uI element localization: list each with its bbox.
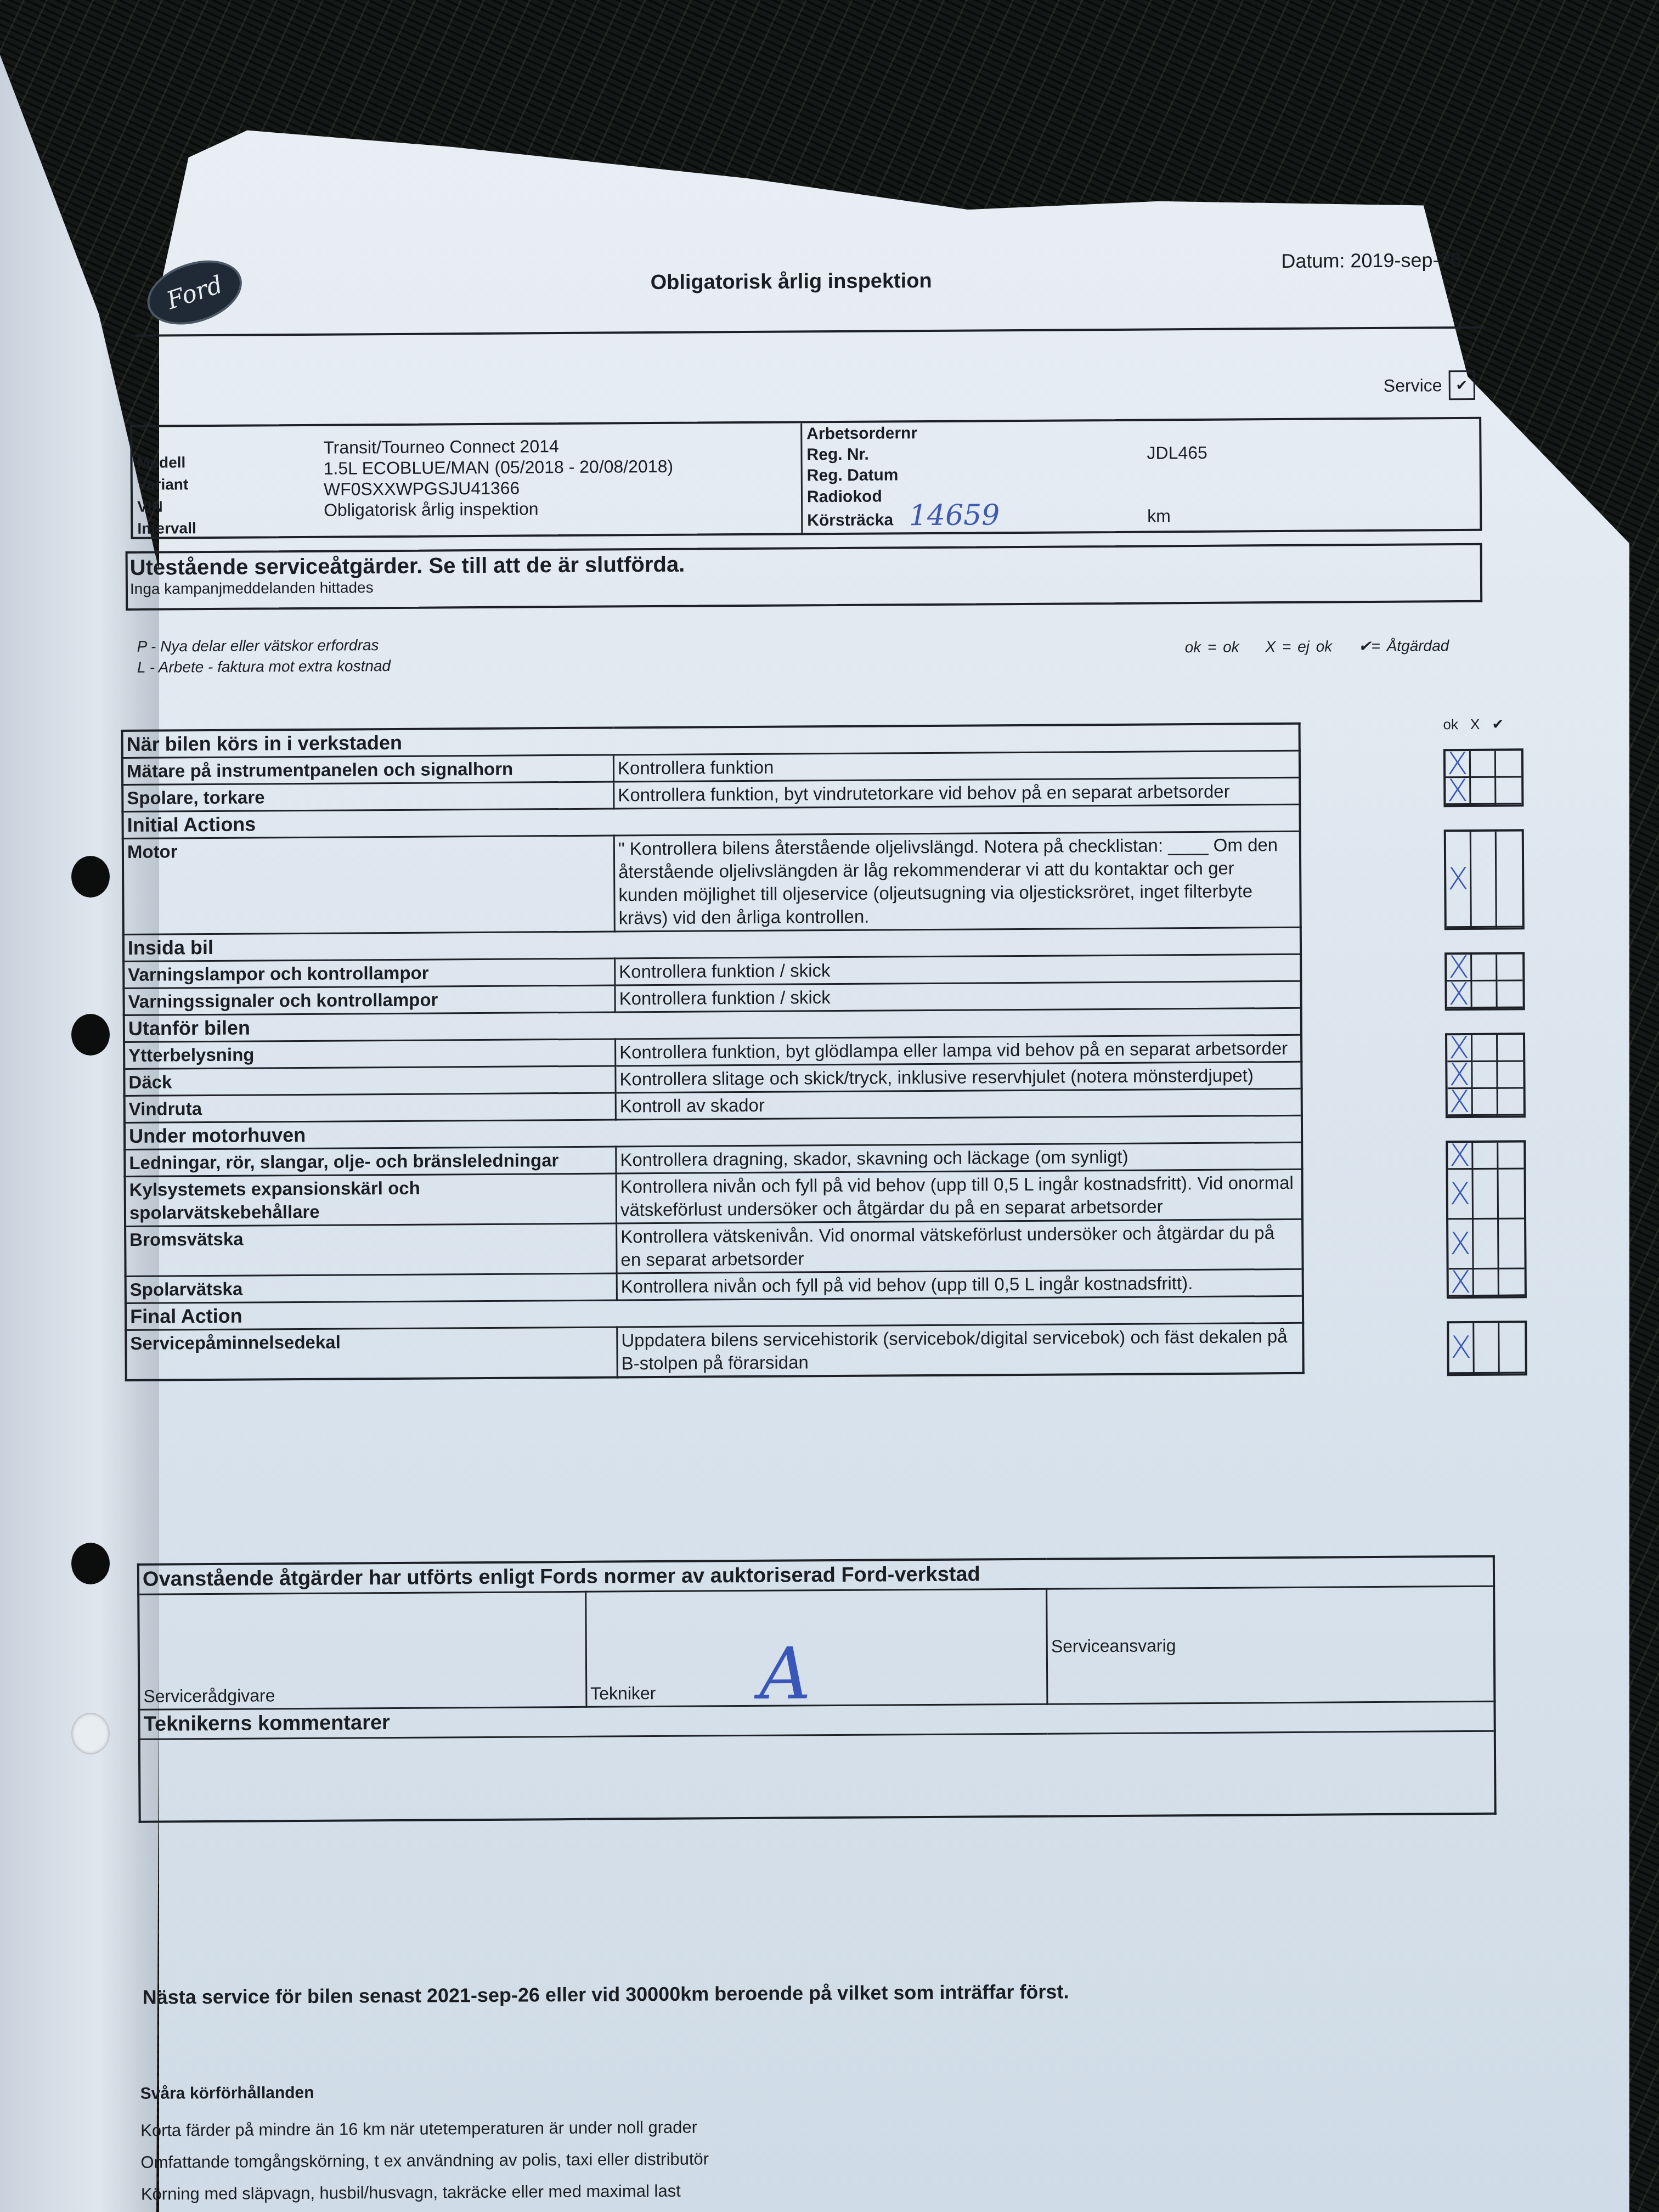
- checklist-action: Kontrollera funktion / skick: [615, 981, 1301, 1012]
- status-cell-done[interactable]: [1497, 831, 1522, 927]
- checklist-item: Ytterbelysning: [124, 1039, 616, 1069]
- status-cell-ok[interactable]: X: [1446, 832, 1472, 928]
- status-cell-done[interactable]: [1498, 1035, 1523, 1062]
- status-cell-x[interactable]: [1471, 751, 1496, 778]
- status-cell-x[interactable]: [1473, 1089, 1498, 1116]
- reg-date-label: Reg. Datum: [807, 464, 1147, 487]
- checklist-action: Kontrollera funktion, byt glödlampa elle…: [616, 1035, 1302, 1066]
- outstanding-actions-box: Utestående serviceåtgärder. Se till att …: [126, 543, 1483, 611]
- responsible-field[interactable]: Serviceansvarig: [1047, 1586, 1495, 1704]
- checklist-row: Motor" Kontrollera bilens återstående ol…: [123, 831, 1301, 934]
- comments-field[interactable]: [139, 1731, 1496, 1821]
- checklist-item: Vindruta: [125, 1093, 616, 1122]
- technician-signature: A: [759, 1632, 811, 1716]
- checklist-action: Kontrollera dragning, skador, skavning o…: [616, 1142, 1302, 1173]
- status-cell-ok[interactable]: X: [1449, 1323, 1475, 1374]
- status-checkbox-group: XXXX: [1446, 1140, 1527, 1299]
- status-checkbox-group: XX: [1443, 748, 1524, 807]
- variant-value: 1.5L ECOBLUE/MAN (05/2018 - 20/08/2018): [324, 455, 801, 478]
- hard-condition-item: Omfattande tomgångskörning, t ex användn…: [140, 2143, 709, 2178]
- vehicle-info-box: Modell Variant VIN Intervall Transit/Tou…: [130, 417, 1482, 539]
- status-cell-x[interactable]: [1471, 778, 1496, 805]
- service-checkbox-group: Service ✔: [1384, 370, 1475, 400]
- reg-nr-value: JDL465: [1147, 441, 1475, 464]
- status-checkbox-group: XX: [1444, 952, 1525, 1011]
- checklist-item: Mätare på instrumentpanelen och signalho…: [122, 755, 614, 785]
- work-order-value: [1147, 420, 1475, 443]
- checklist-item: Servicepåminnelsedekal: [126, 1327, 617, 1380]
- date-value: 2019-sep-26: [1350, 249, 1461, 272]
- status-checkbox-group: XXX: [1445, 1032, 1526, 1118]
- checklist-row: BromsvätskaKontrollera vätskenivån. Vid …: [125, 1219, 1303, 1276]
- status-checkbox-group: X: [1444, 829, 1525, 930]
- status-cell-done[interactable]: [1498, 1088, 1523, 1115]
- legend-check: ✔= Åtgärdad: [1358, 637, 1449, 654]
- punch-hole: [71, 1014, 110, 1056]
- status-cell-ok[interactable]: X: [1446, 778, 1471, 805]
- service-checkbox[interactable]: ✔: [1448, 370, 1475, 400]
- status-cell-done[interactable]: [1497, 954, 1522, 981]
- checklist-item: Spolarvätska: [126, 1273, 617, 1303]
- checklist-item: Motor: [123, 836, 615, 934]
- punch-hole: [71, 1713, 110, 1754]
- checklist-action: " Kontrollera bilens återstående oljeliv…: [614, 831, 1301, 932]
- status-header-x: X: [1470, 716, 1480, 733]
- checklist-action: Kontrollera funktion: [613, 751, 1300, 782]
- checklist-item: Varningssignaler och kontrollampor: [123, 985, 615, 1015]
- status-cell-done[interactable]: [1497, 981, 1522, 1008]
- checklist-action: Kontrollera nivån och fyll på vid behov …: [616, 1169, 1302, 1223]
- checklist-item: Varningslampor och kontrollampor: [123, 958, 615, 988]
- checklist-item: Kylsystemets expansionskärl och spolarvä…: [125, 1173, 617, 1226]
- status-cell-ok[interactable]: X: [1448, 1220, 1474, 1269]
- service-label: Service: [1384, 375, 1442, 396]
- date-label: Datum:: [1281, 249, 1345, 272]
- model-value: Transit/Tourneo Connect 2014: [323, 434, 800, 458]
- date-field: Datum: 2019-sep-26: [1281, 249, 1461, 273]
- order-info: Arbetsordernr Reg. Nr. JDL465 Reg. Datum…: [800, 419, 1480, 533]
- vehicle-labels: Modell Variant VIN Intervall: [132, 426, 324, 537]
- status-cell-done[interactable]: [1499, 1219, 1525, 1269]
- hard-condition-item: Korta färder på mindre än 16 km när utet…: [140, 2111, 709, 2146]
- checklist-action: Kontrollera slitage och skick/tryck, ink…: [616, 1062, 1302, 1093]
- status-cell-ok[interactable]: X: [1448, 1170, 1474, 1220]
- status-cell-ok[interactable]: X: [1448, 1143, 1473, 1170]
- legend-ok: ok = ok: [1185, 639, 1239, 656]
- mileage-unit: km: [1147, 504, 1475, 530]
- status-cell-x[interactable]: [1472, 981, 1497, 1008]
- status-cell-x[interactable]: [1474, 1220, 1499, 1269]
- checklist-item: Däck: [124, 1066, 616, 1096]
- checklist-action: Kontrollera funktion / skick: [615, 954, 1301, 985]
- legend-l: L - Arbete - faktura mot extra kostnad: [137, 656, 391, 678]
- checklist-item: Bromsvätska: [125, 1223, 617, 1276]
- punch-hole: [71, 856, 110, 898]
- status-cell-done[interactable]: [1498, 1062, 1523, 1088]
- label-model: Modell: [137, 451, 323, 474]
- checklist-action: Kontrollera vätskenivån. Vid onormal vät…: [617, 1219, 1303, 1273]
- legend-x: X = ej ok: [1265, 637, 1332, 655]
- mileage-label: Körsträcka: [807, 511, 893, 529]
- checklist-item: Ledningar, rör, slangar, olje- och bräns…: [125, 1147, 616, 1176]
- checklist-action: Kontrollera funktion, byt vindrutetorkar…: [614, 777, 1300, 809]
- status-cell-x[interactable]: [1474, 1323, 1500, 1374]
- status-cell-x[interactable]: [1472, 1035, 1498, 1062]
- label-variant: Variant: [137, 473, 324, 496]
- label-interval: Intervall: [137, 517, 324, 540]
- mileage-row: Körsträcka 14659: [807, 506, 1147, 532]
- technician-label: Tekniker: [590, 1683, 656, 1703]
- checklist-action: Kontrollera nivån och fyll på vid behov …: [617, 1269, 1303, 1300]
- punch-hole: [71, 1543, 110, 1584]
- hard-conditions-title: Svåra körförhållanden: [140, 2084, 314, 2103]
- checklist-action: Uppdatera bilens servicehistorik (servic…: [617, 1323, 1304, 1377]
- label-vin: VIN: [137, 495, 324, 518]
- reg-nr-label: Reg. Nr.: [806, 443, 1147, 466]
- mileage-handwritten-value: 14659: [909, 499, 1000, 532]
- status-cell-x[interactable]: [1473, 1143, 1498, 1170]
- status-cell-ok[interactable]: X: [1447, 981, 1472, 1008]
- status-cell-x[interactable]: [1474, 1170, 1499, 1220]
- status-cell-x[interactable]: [1472, 955, 1497, 981]
- checklist-row: Kylsystemets expansionskärl och spolarvä…: [125, 1169, 1303, 1226]
- responsible-label: Serviceansvarig: [1051, 1635, 1176, 1656]
- status-cell-done[interactable]: [1499, 1269, 1525, 1296]
- checklist-action: Kontroll av skador: [616, 1088, 1302, 1120]
- checklist-item: Spolare, torkare: [122, 782, 614, 811]
- vehicle-values: Transit/Tourneo Connect 2014 1.5L ECOBLU…: [323, 423, 801, 535]
- status-cell-done[interactable]: [1499, 1169, 1525, 1219]
- status-cell-done[interactable]: [1496, 751, 1521, 777]
- legend-codes: P - Nya delar eller vätskor erfordras L …: [137, 635, 391, 678]
- status-checkbox-group: X: [1447, 1321, 1527, 1376]
- checklist-row: ServicepåminnelsedekalUppdatera bilens s…: [126, 1323, 1304, 1380]
- advisor-field[interactable]: Servicerådgivare: [138, 1592, 586, 1709]
- status-cell-ok[interactable]: X: [1448, 1089, 1473, 1116]
- status-cell-done[interactable]: [1496, 777, 1521, 804]
- status-cell-x[interactable]: [1474, 1269, 1499, 1296]
- work-order-label: Arbetsordernr: [806, 422, 1147, 445]
- hard-conditions-list: Korta färder på mindre än 16 km när utet…: [140, 2111, 709, 2210]
- interval-value: Obligatorisk årlig inspektion: [324, 496, 801, 520]
- radio-code-value: [1147, 483, 1475, 506]
- status-header-check: ✔: [1492, 716, 1504, 733]
- status-header-ok: ok: [1443, 716, 1458, 733]
- status-cell-x[interactable]: [1472, 1062, 1498, 1089]
- status-cell-done[interactable]: [1499, 1323, 1525, 1373]
- hard-condition-item: Körning med släpvagn, husbil/husvagn, ta…: [141, 2175, 709, 2210]
- advisor-label: Servicerådgivare: [143, 1685, 275, 1706]
- status-cell-done[interactable]: [1498, 1142, 1523, 1169]
- status-cell-x[interactable]: [1471, 832, 1497, 928]
- legend-p: P - Nya delar eller vätskor erfordras: [137, 635, 391, 657]
- reg-date-value: [1147, 462, 1475, 485]
- legend-status: ok = ok X = ej ok ✔= Åtgärdad: [1185, 636, 1469, 656]
- document-title: Obligatorisk årlig inspektion: [650, 269, 932, 295]
- vin-value: WF0SXXWPGSJU41366: [324, 476, 801, 499]
- inspection-checklist: När bilen körs in i verkstadenMätare på …: [121, 723, 1305, 1381]
- technician-field[interactable]: Tekniker A: [586, 1589, 1047, 1707]
- status-cell-ok[interactable]: X: [1449, 1269, 1474, 1296]
- status-column-headers: ok X ✔: [1443, 716, 1504, 733]
- signoff-table: Ovanstående åtgärder har utförts enligt …: [137, 1555, 1497, 1823]
